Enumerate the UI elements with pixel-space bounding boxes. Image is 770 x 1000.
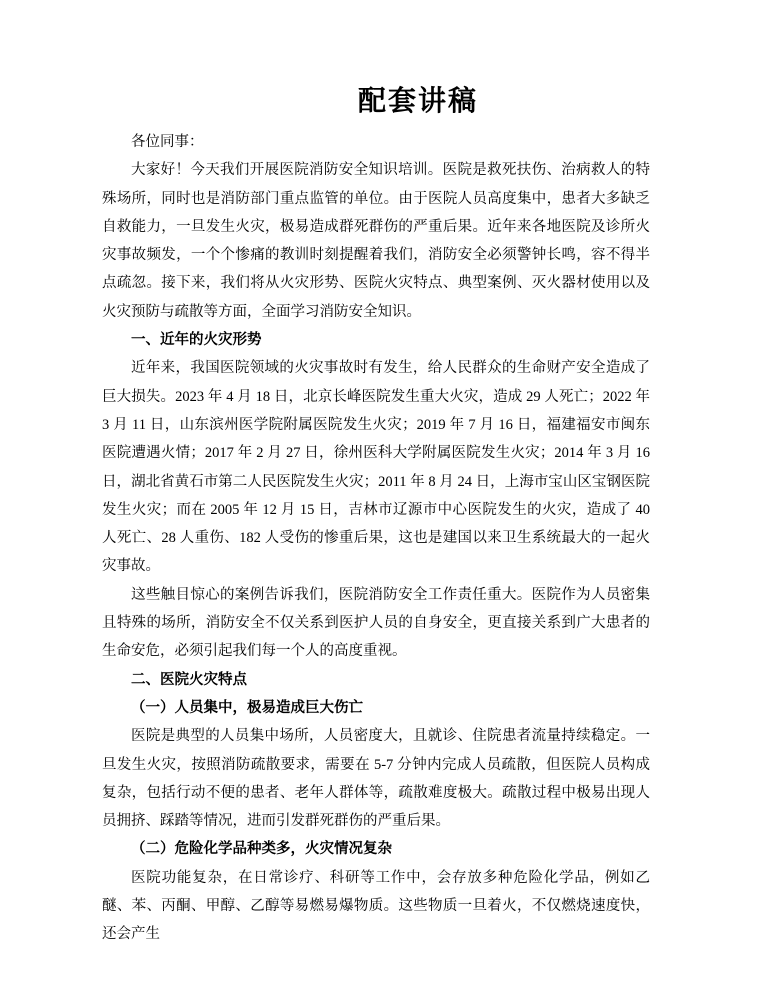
document-body: 各位同事： 大家好！今天我们开展医院消防安全知识培训。医院是救死扶伤、治病救人的… bbox=[102, 128, 650, 949]
section-2-heading: 二、医院火灾特点 bbox=[102, 666, 650, 694]
salutation-line: 各位同事： bbox=[102, 128, 650, 156]
section-2-subheading-2: （二）危险化学品种类多，火灾情况复杂 bbox=[102, 835, 650, 863]
section-2-2-paragraph: 医院功能复杂，在日常诊疗、科研等工作中，会存放多种危险化学品，例如乙醚、苯、丙酮… bbox=[102, 864, 650, 949]
document-title: 配套讲稿 bbox=[102, 85, 650, 119]
section-1-heading: 一、近年的火灾形势 bbox=[102, 326, 650, 354]
section-2-subheading-1: （一）人员集中，极易造成巨大伤亡 bbox=[102, 694, 650, 722]
section-2-1-paragraph: 医院是典型的人员集中场所，人员密度大，且就诊、住院患者流量持续稳定。一旦发生火灾… bbox=[102, 722, 650, 835]
document-page: 配套讲稿 各位同事： 大家好！今天我们开展医院消防安全知识培训。医院是救死扶伤、… bbox=[0, 0, 770, 1000]
section-1-paragraph-lessons: 这些触目惊心的案例告诉我们，医院消防安全工作责任重大。医院作为人员密集且特殊的场… bbox=[102, 581, 650, 666]
intro-paragraph: 大家好！今天我们开展医院消防安全知识培训。医院是救死扶伤、治病救人的特殊场所，同… bbox=[102, 156, 650, 326]
section-1-paragraph-fire-cases: 近年来，我国医院领域的火灾事故时有发生，给人民群众的生命财产安全造成了巨大损失。… bbox=[102, 354, 650, 580]
